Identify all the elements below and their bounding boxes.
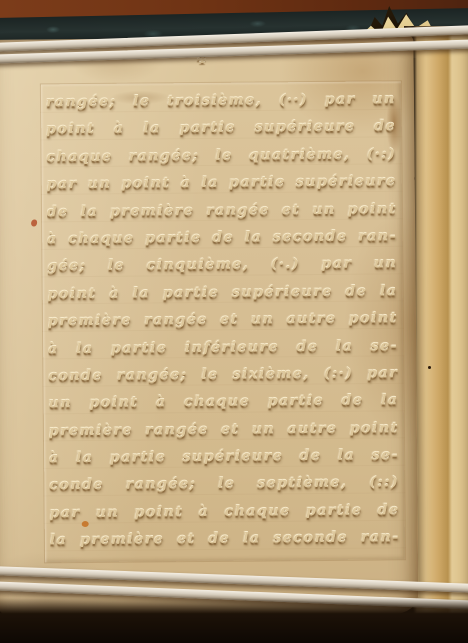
embossed-page: 4 rangée; le troisième, (··) par un poin… [0,36,419,618]
embossed-text-line: première rangée et un autre point [49,415,399,445]
embossed-text-line: première rangée et un autre point [48,305,398,335]
embossed-text-line: gée; le cinquième, (·.) par un [47,251,397,281]
embossed-text-line: rangée; le troisième, (··) par un [46,86,396,116]
embossed-text-line: à la partie supérieure de la se- [49,442,399,472]
embossed-text-line: par un point à chaque partie de [50,497,400,527]
book-photograph: 4 rangée; le troisième, (··) par un poin… [0,0,468,643]
paper-speck [428,366,431,369]
bottom-shadow-edge [0,598,468,643]
embossed-text-line: un point à chaque partie de la [49,388,399,418]
embossed-text-line: la première et de la seconde ran- [50,525,400,555]
embossed-text-line: conde rangée; le sixième, (:·) par [48,360,398,390]
embossed-text-line: chaque rangée; le quatrième, (·:) [46,141,396,171]
embossed-text-line: à chaque partie de la seconde ran- [47,223,397,253]
embossed-text-block: rangée; le troisième, (··) par un point … [40,80,406,563]
embossed-text-line: conde rangée; le septième, (::) [49,470,399,500]
embossed-text-line: à la partie inférieure de la se- [48,333,398,363]
embossed-text-line: point à la partie supérieure de [46,114,396,144]
embossed-text-line: par un point à la partie supérieure [47,168,397,198]
embossed-text-line: de la première rangée et un point [47,196,397,226]
embossed-text-line: point à la partie supérieure de la [48,278,398,308]
rust-stain [31,219,37,226]
